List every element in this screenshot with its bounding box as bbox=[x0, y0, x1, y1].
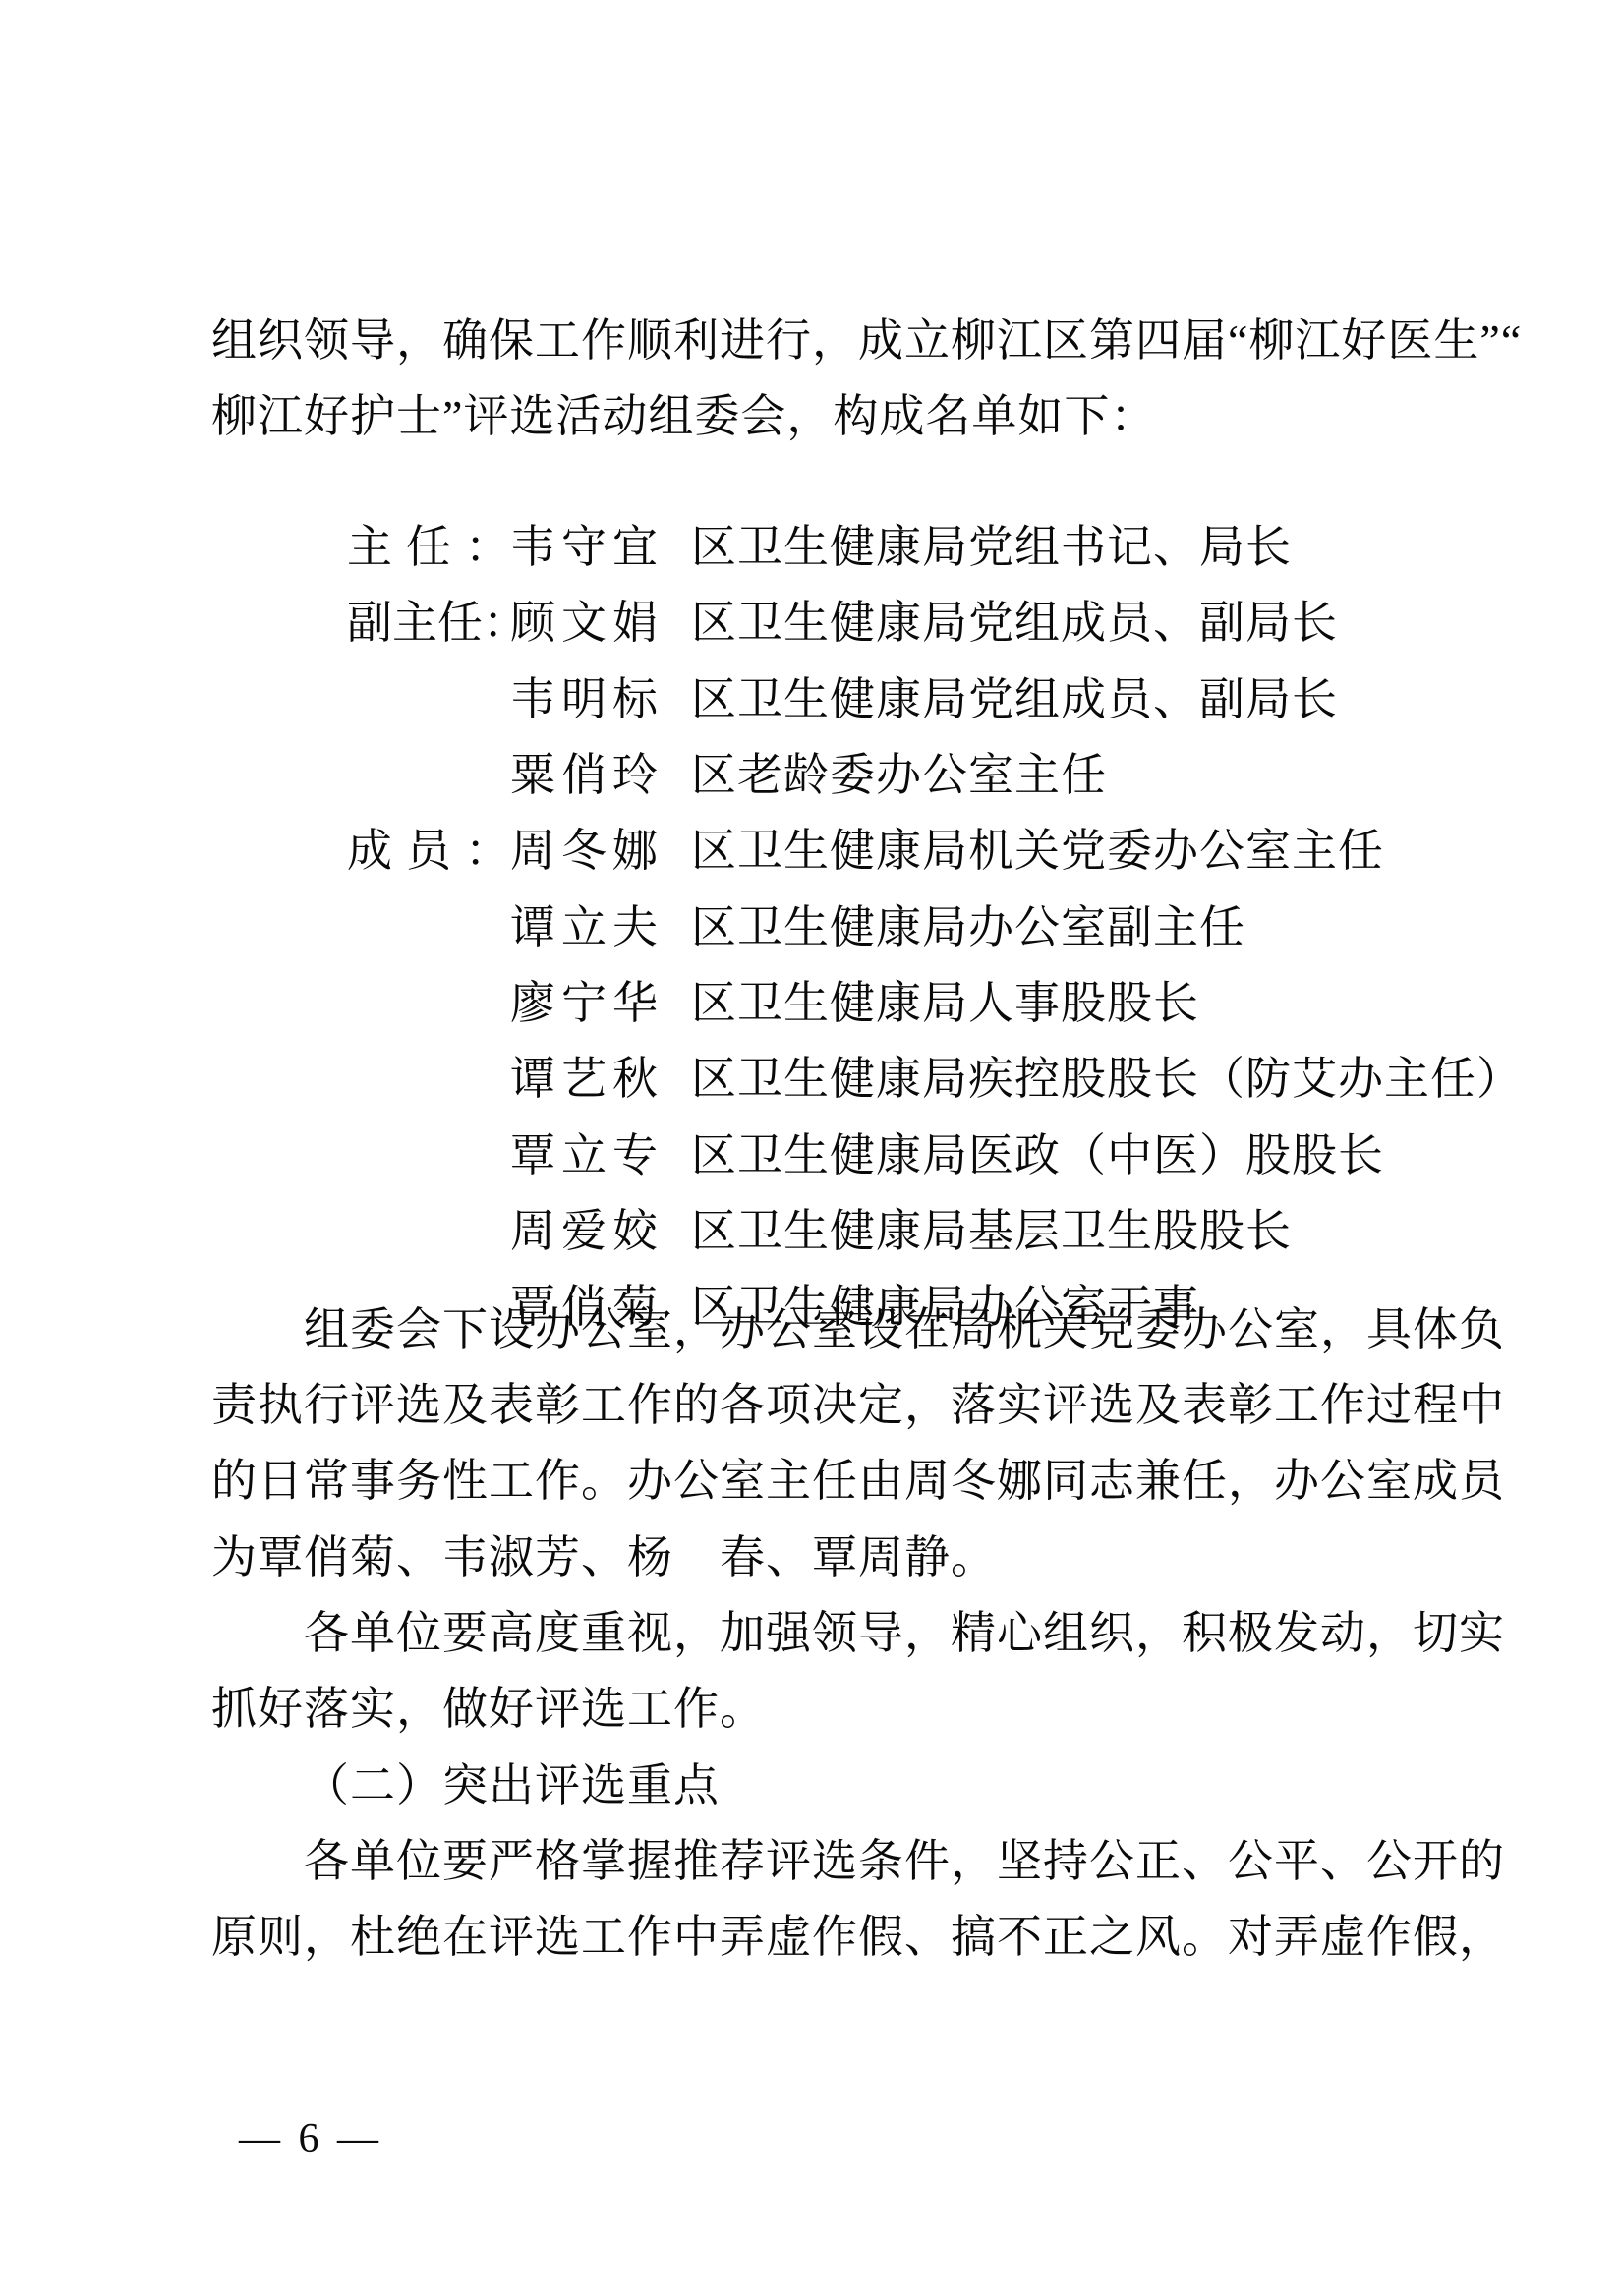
body-line: 的日常事务性工作。办公室主任由周冬娜同志兼任，办公室成员 bbox=[211, 1454, 1505, 1508]
document-page: 组织领导，确保工作顺利进行，成立柳江区第四届“柳江好医生”“ 柳江好护士”评选活… bbox=[0, 0, 1620, 2296]
page-number: — 6 — bbox=[239, 2115, 382, 2162]
body-line: 责执行评选及表彰工作的各项决定，落实评选及表彰工作过程中 bbox=[211, 1378, 1505, 1432]
body-line: 为覃俏菊、韦淑芳、杨 春、覃周静。 bbox=[211, 1530, 997, 1584]
intro-line-1: 组织领导，确保工作顺利进行，成立柳江区第四届“柳江好医生”“ bbox=[211, 314, 1522, 368]
body-line: 组委会下设办公室，办公室设在局机关党委办公室，具体负 bbox=[304, 1302, 1505, 1356]
intro-line-2: 柳江好护士”评选活动组委会，构成名单如下： bbox=[211, 389, 1156, 443]
section-heading: （二）突出评选重点 bbox=[304, 1758, 720, 1812]
body-line: 各单位要高度重视，加强领导，精心组织，积极发动，切实 bbox=[304, 1606, 1505, 1660]
body-line: 原则，杜绝在评选工作中弄虚作假、搞不正之风。对弄虚作假， bbox=[211, 1910, 1505, 1964]
body-line: 各单位要严格掌握推荐评选条件，坚持公正、公平、公开的 bbox=[304, 1834, 1505, 1888]
body-line: 抓好落实，做好评选工作。 bbox=[211, 1682, 766, 1736]
